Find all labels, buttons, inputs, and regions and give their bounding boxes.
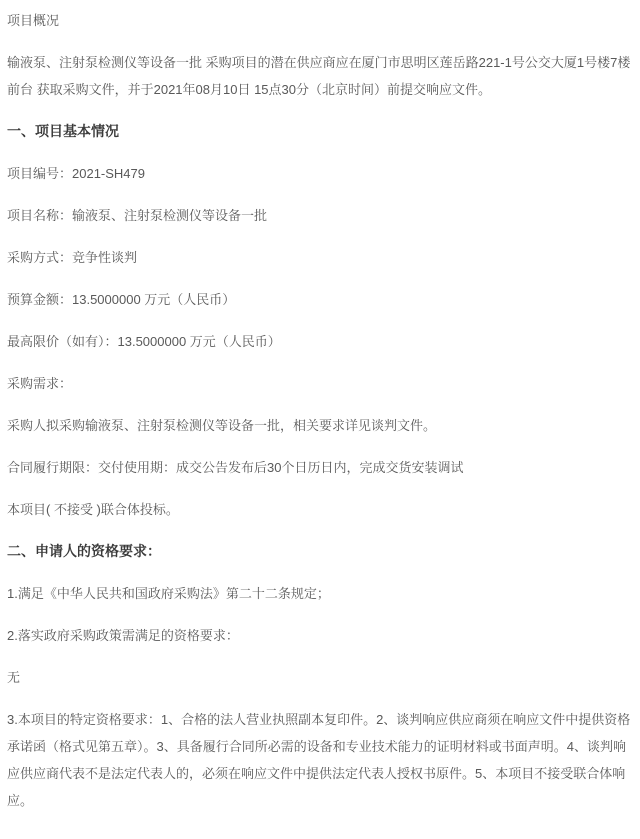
project-overview-title: 项目概况 (7, 7, 633, 34)
budget-amount: 预算金额：13.5000000 万元（人民币） (7, 286, 633, 313)
maximum-price: 最高限价（如有）：13.5000000 万元（人民币） (7, 328, 633, 355)
procurement-requirement-detail: 采购人拟采购输液泵、注射泵检测仪等设备一批，相关要求详见谈判文件。 (7, 412, 633, 439)
procurement-method: 采购方式：竞争性谈判 (7, 244, 633, 271)
qualification-requirement-2: 2.落实政府采购政策需满足的资格要求： (7, 622, 633, 649)
qualification-requirement-3: 3.本项目的特定资格要求：1、合格的法人营业执照副本复印件。2、谈判响应供应商须… (7, 706, 633, 814)
project-name: 项目名称：输液泵、注射泵检测仪等设备一批 (7, 202, 633, 229)
consortium-bid-note: 本项目( 不接受 )联合体投标。 (7, 496, 633, 523)
contract-performance-period: 合同履行期限：交付使用期：成交公告发布后30个日历日内，完成交货安装调试 (7, 454, 633, 481)
announcement-document: 项目概况 输液泵、注射泵检测仪等设备一批 采购项目的潜在供应商应在厦门市思明区莲… (0, 0, 640, 839)
project-overview-paragraph: 输液泵、注射泵检测仪等设备一批 采购项目的潜在供应商应在厦门市思明区莲岳路221… (7, 49, 633, 103)
qualification-requirement-1: 1.满足《中华人民共和国政府采购法》第二十二条规定； (7, 580, 633, 607)
procurement-requirement-label: 采购需求： (7, 370, 633, 397)
section-1-heading: 一、项目基本情况 (7, 118, 633, 145)
project-number: 项目编号：2021-SH479 (7, 160, 633, 187)
section-2-heading: 二、申请人的资格要求： (7, 538, 633, 565)
qualification-requirement-2-value: 无 (7, 664, 633, 691)
